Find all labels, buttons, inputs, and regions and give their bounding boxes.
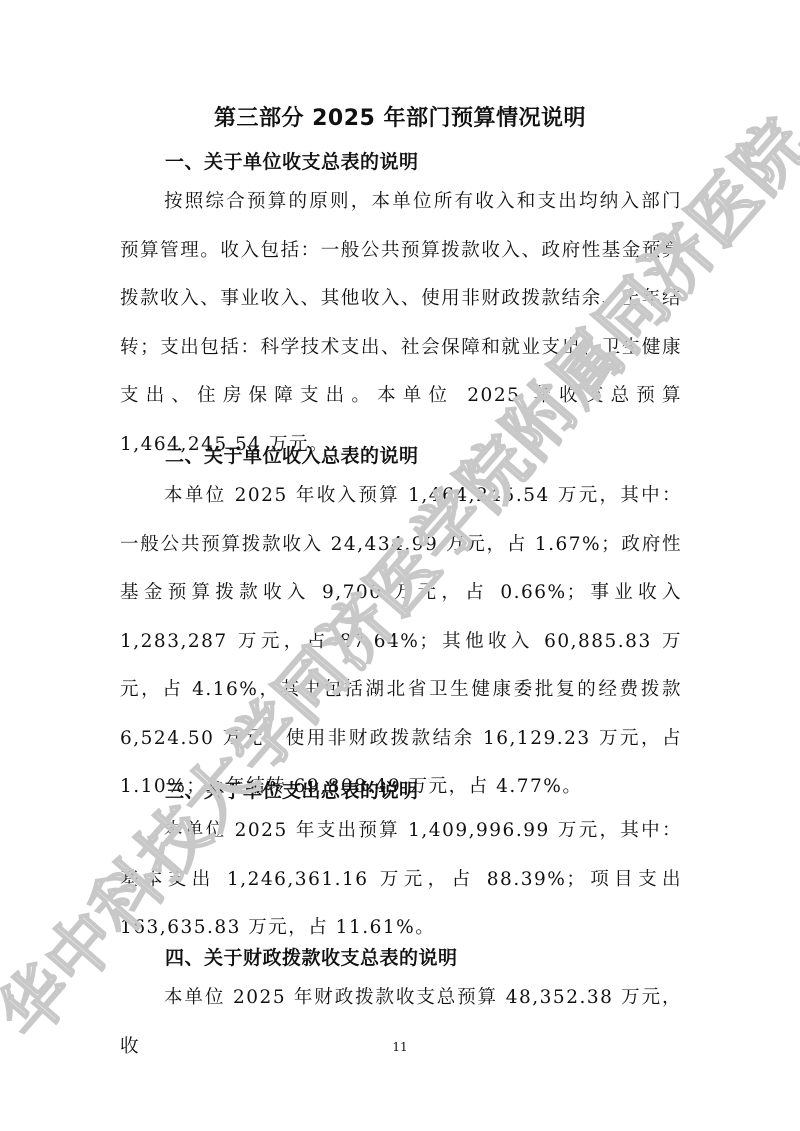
section-heading-3: 三、关于单位支出总表的说明 [165,776,419,803]
section-heading-1: 一、关于单位收支总表的说明 [165,147,419,174]
page-title: 第三部分 2025 年部门预算情况说明 [0,101,800,132]
section-body-1: 按照综合预算的原则，本单位所有收入和支出均纳入部门预算管理。收入包括：一般公共预… [120,178,682,469]
document-page: 第三部分 2025 年部门预算情况说明 一、关于单位收支总表的说明 按照综合预算… [0,0,800,1131]
section-heading-4: 四、关于财政拨款收支总表的说明 [165,943,458,970]
section-body-2: 本单位 2025 年收入预算 1,464,245.54 万元，其中：一般公共预算… [120,472,682,812]
section-body-3: 本单位 2025 年支出预算 1,409,996.99 万元，其中：基本支出 1… [120,807,682,953]
section-heading-2: 二、关于单位收入总表的说明 [165,441,419,468]
page-number: 11 [0,1040,800,1054]
section-body-4: 本单位 2025 年财政拨款收支总预算 48,352.38 万元，收 [120,974,682,1071]
